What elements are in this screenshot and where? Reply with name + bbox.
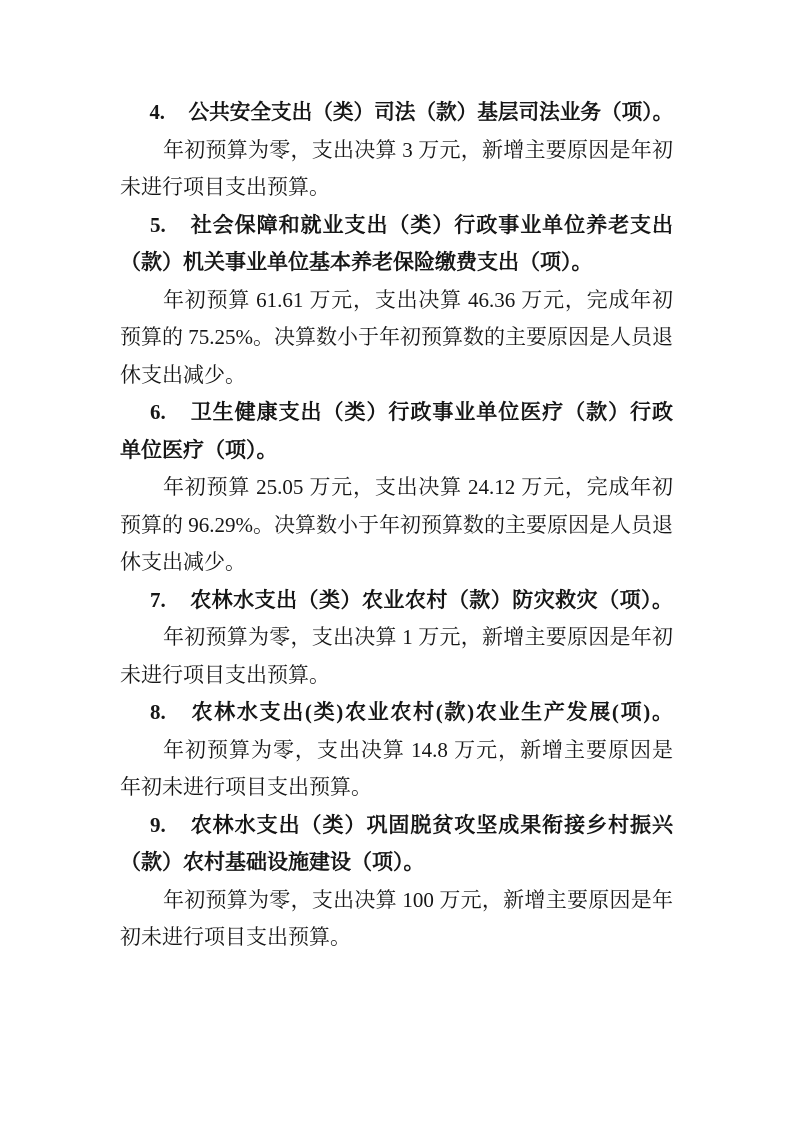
section-heading-text: 农林水支出（类）巩固脱贫攻坚成果衔接乡村振兴 — [190, 813, 673, 837]
budget-section-8: 8.农林水支出(类)农业农村(款)农业生产发展(项)。年初预算为零，支出决算 1… — [120, 694, 673, 807]
section-heading-line: 单位医疗（项）。 — [120, 432, 673, 470]
budget-section-6: 6.卫生健康支出（类）行政事业单位医疗（款）行政单位医疗（项）。年初预算 25.… — [120, 394, 673, 582]
document-page: 4.公共安全支出（类）司法（款）基层司法业务（项）。年初预算为零，支出决算 3 … — [0, 0, 793, 1122]
section-heading-text: 农林水支出（类）农业农村（款）防灾救灾（项）。 — [190, 588, 673, 612]
section-heading-line: 9.农林水支出（类）巩固脱贫攻坚成果衔接乡村振兴 — [120, 807, 673, 845]
section-heading-line: 8.农林水支出(类)农业农村(款)农业生产发展(项)。 — [120, 694, 673, 732]
section-body-text: 年初预算 25.05 万元，支出决算 24.12 万元，完成年初 — [163, 475, 673, 499]
section-heading-text: （款）机关事业单位基本养老保险缴费支出（项）。 — [120, 250, 593, 274]
section-number: 5. — [150, 213, 166, 237]
section-heading-line: 6.卫生健康支出（类）行政事业单位医疗（款）行政 — [120, 394, 673, 432]
budget-section-5: 5.社会保障和就业支出（类）行政事业单位养老支出（款）机关事业单位基本养老保险缴… — [120, 207, 673, 395]
section-body-text: 年初未进行项目支出预算。 — [120, 775, 372, 799]
section-body-text: 初未进行项目支出预算。 — [120, 925, 351, 949]
section-body-text: 年初预算为零，支出决算 100 万元，新增主要原因是年 — [163, 888, 673, 912]
section-body-line: 年初预算为零，支出决算 14.8 万元，新增主要原因是 — [120, 732, 673, 770]
section-body-line: 休支出减少。 — [120, 357, 673, 395]
section-body-text: 预算的 75.25%。决算数小于年初预算数的主要原因是人员退 — [120, 325, 673, 349]
section-heading-line: （款）农村基础设施建设（项）。 — [120, 844, 673, 882]
budget-section-4: 4.公共安全支出（类）司法（款）基层司法业务（项）。年初预算为零，支出决算 3 … — [120, 94, 673, 207]
budget-section-9: 9.农林水支出（类）巩固脱贫攻坚成果衔接乡村振兴（款）农村基础设施建设（项）。年… — [120, 807, 673, 957]
section-heading-text: （款）农村基础设施建设（项）。 — [120, 850, 425, 874]
section-body-text: 未进行项目支出预算。 — [120, 175, 330, 199]
section-body-line: 预算的 96.29%。决算数小于年初预算数的主要原因是人员退 — [120, 507, 673, 545]
section-body-text: 年初预算为零，支出决算 14.8 万元，新增主要原因是 — [163, 738, 673, 762]
section-body-line: 预算的 75.25%。决算数小于年初预算数的主要原因是人员退 — [120, 319, 673, 357]
section-body-line: 初未进行项目支出预算。 — [120, 919, 673, 957]
section-number: 8. — [150, 700, 166, 724]
section-body-text: 休支出减少。 — [120, 363, 246, 387]
section-body-line: 年初预算为零，支出决算 3 万元，新增主要原因是年初 — [120, 132, 673, 170]
section-number: 7. — [150, 588, 166, 612]
section-body-line: 未进行项目支出预算。 — [120, 657, 673, 695]
section-number: 4. — [149, 100, 164, 124]
section-body-line: 未进行项目支出预算。 — [120, 169, 673, 207]
section-body-text: 预算的 96.29%。决算数小于年初预算数的主要原因是人员退 — [120, 513, 673, 537]
section-body-text: 年初预算为零，支出决算 3 万元，新增主要原因是年初 — [163, 138, 673, 162]
section-heading-text: 公共安全支出（类）司法（款）基层司法业务（项）。 — [189, 100, 674, 124]
section-body-line: 年初预算为零，支出决算 100 万元，新增主要原因是年 — [120, 882, 673, 920]
document-text-block: 4.公共安全支出（类）司法（款）基层司法业务（项）。年初预算为零，支出决算 3 … — [120, 94, 673, 957]
section-body-text: 年初预算 61.61 万元，支出决算 46.36 万元，完成年初 — [163, 288, 673, 312]
section-number: 6. — [150, 400, 166, 424]
section-body-text: 年初预算为零，支出决算 1 万元，新增主要原因是年初 — [163, 625, 673, 649]
section-heading-text: 卫生健康支出（类）行政事业单位医疗（款）行政 — [190, 400, 673, 424]
section-heading-line: 7.农林水支出（类）农业农村（款）防灾救灾（项）。 — [120, 582, 673, 620]
section-heading-text: 社会保障和就业支出（类）行政事业单位养老支出 — [190, 213, 673, 237]
section-body-text: 未进行项目支出预算。 — [120, 663, 330, 687]
section-body-line: 年初未进行项目支出预算。 — [120, 769, 673, 807]
section-number: 9. — [150, 813, 166, 837]
section-body-text: 休支出减少。 — [120, 550, 246, 574]
section-body-line: 休支出减少。 — [120, 544, 673, 582]
section-heading-line: （款）机关事业单位基本养老保险缴费支出（项）。 — [120, 244, 673, 282]
section-heading-text: 农林水支出(类)农业农村(款)农业生产发展(项)。 — [190, 700, 673, 724]
budget-section-7: 7.农林水支出（类）农业农村（款）防灾救灾（项）。年初预算为零，支出决算 1 万… — [120, 582, 673, 695]
section-heading-text: 单位医疗（项）。 — [120, 438, 278, 462]
section-body-line: 年初预算 61.61 万元，支出决算 46.36 万元，完成年初 — [120, 282, 673, 320]
section-body-line: 年初预算 25.05 万元，支出决算 24.12 万元，完成年初 — [120, 469, 673, 507]
section-heading-line: 5.社会保障和就业支出（类）行政事业单位养老支出 — [120, 207, 673, 245]
section-body-line: 年初预算为零，支出决算 1 万元，新增主要原因是年初 — [120, 619, 673, 657]
section-heading-line: 4.公共安全支出（类）司法（款）基层司法业务（项）。 — [120, 94, 663, 132]
